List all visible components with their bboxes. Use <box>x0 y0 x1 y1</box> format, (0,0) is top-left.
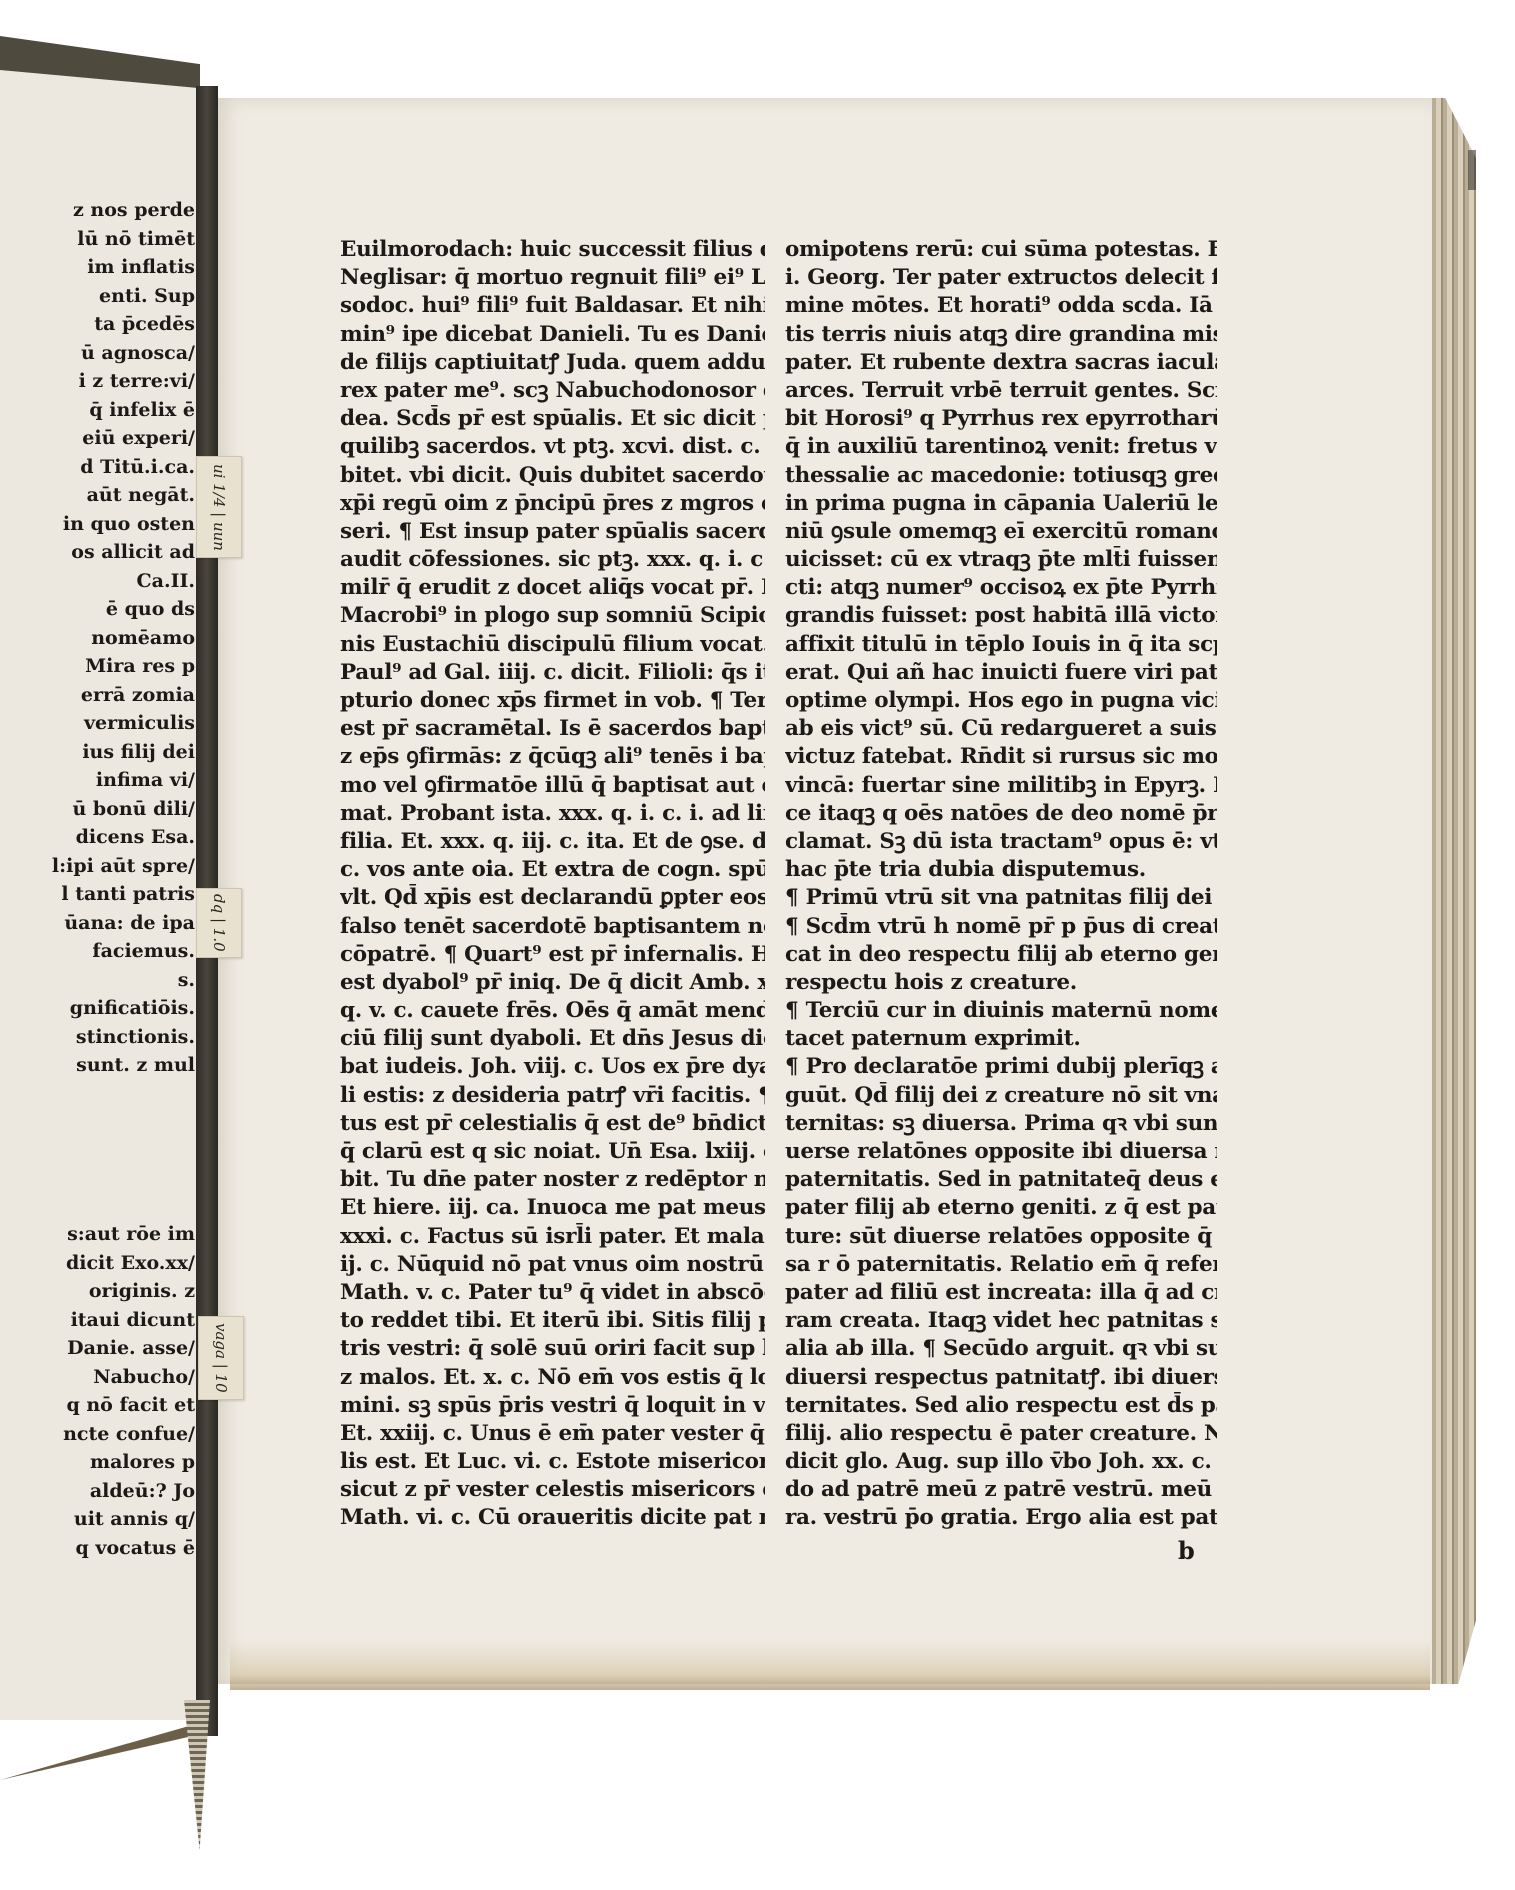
text-line: do ad patrē meū z patrē vestrū. meū natu <box>785 1476 1217 1504</box>
text-line: mo vel ꝯfirmatōe illū q̄ baptisat aut cō… <box>340 772 765 800</box>
text-line: aūt negāt. <box>0 481 195 510</box>
text-line: ū bonū dili/ <box>0 795 195 824</box>
fore-edge-leaves <box>1432 98 1476 1684</box>
text-line: Macrobi⁹ in plogo sup somniū Scipio/ <box>340 602 765 630</box>
text-line: q̄ infelix ē <box>0 396 195 425</box>
text-line: xp̄i regū oim z p̄ncipū p̄res z mgros ce… <box>340 490 765 518</box>
text-line: Nabucho/ <box>0 1363 195 1392</box>
text-line: de filijs captiuitatꝭ Juda. quem adduxit <box>340 349 765 377</box>
text-line: pturio donec xp̄s firmet in vob. ¶ Terti… <box>340 687 765 715</box>
text-line: ¶ Pro declaratōe primi dubij plerīqꝫ ar/ <box>785 1053 1217 1081</box>
text-line: errā zomia <box>0 681 195 710</box>
text-line: sicut z pr̄ vester celestis misericors e… <box>340 1476 765 1504</box>
text-line: lis est. Et Luc. vi. c. Estote misericor… <box>340 1448 765 1476</box>
text-line: cōpatrē. ¶ Quart⁹ est pr̄ infernalis. Hi… <box>340 941 765 969</box>
text-line: ram creata. Itaqꝫ videt hec patnitas sit <box>785 1307 1217 1335</box>
text-line: im inflatis <box>0 253 195 282</box>
text-line: os allicit ad <box>0 538 195 567</box>
text-line: ¶ Primū vtrū sit vna patnitas filij dei … <box>785 884 1217 912</box>
text-line: q nō facit et <box>0 1391 195 1420</box>
text-line: est dyabol⁹ pr̄ iniq. De q̄ dicit Amb. x… <box>340 969 765 997</box>
text-line: malores p <box>0 1448 195 1477</box>
text-line: gnificatiōis. <box>0 994 195 1023</box>
text-line: quilibꝫ sacerdos. vt ptꝫ. xcvi. dist. c.… <box>340 433 765 461</box>
paper-tab-label: vaga | 10 <box>198 1316 244 1400</box>
text-line: pater filij ab eterno geniti. z q̄ est p… <box>785 1194 1217 1222</box>
text-line: Danie. asse/ <box>0 1334 195 1363</box>
text-line: stinctionis. <box>0 1023 195 1052</box>
water-stain <box>230 1640 1430 1690</box>
text-line: erat. Qui añ hac inuicti fuere viri pate… <box>785 659 1217 687</box>
text-line: falso tenēt sacerdotē baptisantem nō fie… <box>340 913 765 941</box>
text-line: li estis: z desideria patrꝭ vr̄i facitis… <box>340 1082 765 1110</box>
text-line: Paul⁹ ad Gal. iiij. c. dicit. Filioli: q… <box>340 659 765 687</box>
text-line: omipotens rerū: cui sūma potestas. Et in <box>785 236 1217 264</box>
text-line: tis terris niuis atqꝫ dire grandina misi… <box>785 321 1217 349</box>
text-line: ciū filij sunt dyaboli. Et dn̄s Jesus di… <box>340 1025 765 1053</box>
text-line: uicisset: cū ex vtraqꝫ p̄te mlt̄i fuisse… <box>785 546 1217 574</box>
text-line: z malos. Et. x. c. Nō em̄ vos estis q̄ l… <box>340 1364 765 1392</box>
text-line: ncte confue/ <box>0 1420 195 1449</box>
text-line: mat. Probant ista. xxx. q. i. c. i. ad l… <box>340 800 765 828</box>
text-line: Mira res p <box>0 652 195 681</box>
text-line: nomēamo <box>0 624 195 653</box>
text-line: infima vi/ <box>0 766 195 795</box>
text-line: pater ad filiū est increata: illa q̄ ad … <box>785 1279 1217 1307</box>
text-line: respectu hois z creature. <box>785 969 1217 997</box>
text-line: mini. sꝫ spūs p̄ris vestri q̄ loquit in … <box>340 1392 765 1420</box>
text-line: vincā: fuertar sine militibꝫ in Epyrꝫ. E… <box>785 772 1217 800</box>
text-line: grandis fuisset: post habitā illā victor… <box>785 602 1217 630</box>
text-line: ius filij dei <box>0 738 195 767</box>
text-line: paternitatis. Sed in patnitateq̄ deus es… <box>785 1166 1217 1194</box>
text-line: niū ꝯsule omemqꝫ eī exercitū romanoꝝ d <box>785 518 1217 546</box>
text-line: ab eis vict⁹ sū. Cū redargueret a suis q… <box>785 715 1217 743</box>
text-line: clamat. Sꝫ dū ista tractam⁹ opus ē: vt i… <box>785 828 1217 856</box>
text-line: Et hiere. iij. ca. Inuoca me pat meus. E… <box>340 1194 765 1222</box>
text-line: in quo osten <box>0 510 195 539</box>
text-line: eiū experi/ <box>0 424 195 453</box>
text-line: ture: sūt diuerse relatōes opposite q̄ d… <box>785 1223 1217 1251</box>
text-line: to reddet tibi. Et iterū ibi. Sitis fili… <box>340 1307 765 1335</box>
text-line: cti: atqꝫ numer⁹ occisoꝝ ex p̄te Pyrrhi … <box>785 574 1217 602</box>
text-line: q̄ clarū est q sic noiat. Un̄ Esa. lxiij… <box>340 1138 765 1166</box>
text-line: hac p̄te tria dubia disputemus. <box>785 856 1217 884</box>
text-line: milr̄ q̄ erudit z docet aliq̄s vocat pr̄… <box>340 574 765 602</box>
text-line: Et. xxiij. c. Unus ē em̄ pater vester q̄… <box>340 1420 765 1448</box>
text-line: sa r ō paternitatis. Relatio em̄ q̄ refe… <box>785 1251 1217 1279</box>
text-line: Math. v. c. Pater tu⁹ q̄ videt in abscōd… <box>340 1279 765 1307</box>
text-line: diuersi respectus patnitatꝭ. ibi diuerse… <box>785 1364 1217 1392</box>
paper-tab-label: dq | 1.0 <box>196 888 242 958</box>
text-line: uerse relatōnes opposite ibi diuersa rat… <box>785 1138 1217 1166</box>
text-line: audit cōfessiones. sic ptꝫ. xxx. q. i. c… <box>340 546 765 574</box>
text-line: ūana: de ipa <box>0 909 195 938</box>
text-line: filia. Et. xxx. q. iij. c. ita. Et de ꝯs… <box>340 828 765 856</box>
text-line: affixit titulū in tēplo Iouis in q̄ ita … <box>785 631 1217 659</box>
text-line: dicit Exo.xx/ <box>0 1249 195 1278</box>
text-line: cat in deo respectu filij ab eterno geni… <box>785 941 1217 969</box>
text-line: ij. c. Nūquid nō pat vnus oim nostrū. Et <box>340 1251 765 1279</box>
left-page-text-bottom: s:aut rōe imdicit Exo.xx/originis. zitau… <box>0 1220 195 1562</box>
text-line: seri. ¶ Est insup pater spūalis sacerdos… <box>340 518 765 546</box>
text-line: enti. Sup <box>0 282 195 311</box>
text-line: Euilmorodach: huic successit filius dict… <box>340 236 765 264</box>
text-line: guūt. Qd̄ filij dei z creature nō sit vn… <box>785 1082 1217 1110</box>
text-line: s. <box>0 966 195 995</box>
text-line: c. vos ante oia. Et extra de cogn. spūal… <box>340 856 765 884</box>
text-line: z nos perde <box>0 196 195 225</box>
text-line: itaui dicunt <box>0 1306 195 1335</box>
text-line: uit annis q/ <box>0 1505 195 1534</box>
text-line: rex pater me⁹. scꝫ Nabuchodonosor de iu <box>340 377 765 405</box>
paper-tab-label: ui 1/4 | uun <box>196 456 242 558</box>
left-page-text-top: z nos perdelū nō timētim inflatisenti. S… <box>0 196 195 1080</box>
text-line: ¶ Scd̄m vtrū h nomē pr̄ p p̄us di creat <box>785 913 1217 941</box>
text-line: ē quo ds <box>0 595 195 624</box>
text-line: dicens Esa. <box>0 823 195 852</box>
text-line: vlt. Qd̄ xp̄is est declarandū ꝑpter eos … <box>340 884 765 912</box>
text-line: z ep̄s ꝯfirmās: z q̄cūqꝫ ali⁹ tenēs i ba… <box>340 743 765 771</box>
fore-edge-mark <box>1468 150 1476 190</box>
text-line: ū agnosca/ <box>0 339 195 368</box>
text-line: bitet. vbi dicit. Quis dubitet sacerdote… <box>340 462 765 490</box>
text-line: faciemus. <box>0 937 195 966</box>
text-line: sunt. z mul <box>0 1051 195 1080</box>
text-line: ¶ Terciū cur in diuinis maternū nomen <box>785 997 1217 1025</box>
signature-mark: b <box>1178 1536 1195 1565</box>
text-line: bit. Tu dn̄e pater noster z redēptor nos… <box>340 1166 765 1194</box>
text-line: bat iudeis. Joh. viij. c. Uos ex p̄re dy… <box>340 1053 765 1081</box>
text-line: bit Horosi⁹ q Pyrrhus rex epyrrotharū <box>785 405 1217 433</box>
text-line: Neglisar: q̄ mortuo regnuit fili⁹ ei⁹ La… <box>340 264 765 292</box>
left-cover-bottom <box>0 1720 210 1780</box>
text-line: ce itaqꝫ q oēs natōes de deo nomē p̄ris … <box>785 800 1217 828</box>
text-line: originis. z <box>0 1277 195 1306</box>
text-line: d Titū.i.ca. <box>0 453 195 482</box>
text-line: ta p̄cedēs <box>0 310 195 339</box>
text-line: dea. Scd̄s pr̄ est spūalis. Et sic dicit… <box>340 405 765 433</box>
text-line: l:ipi aūt spre/ <box>0 852 195 881</box>
text-line: Math. vi. c. Cū oraueritis dicite pat no <box>340 1504 765 1532</box>
text-line: tris vestri: q̄ solē suū oriri facit sup… <box>340 1335 765 1363</box>
text-line: arces. Terruit vrbē terruit gentes. Scri… <box>785 377 1217 405</box>
text-line: q̄ in auxiliū tarentinoꝝ venit: fretus v… <box>785 433 1217 461</box>
text-line: ternitates. Sed alio respectu est d̄s pa… <box>785 1392 1217 1420</box>
text-line: mine mōtes. Et horati⁹ odda scda. Iā sa/ <box>785 292 1217 320</box>
text-line: i. Georg. Ter pater extructos delecit fu… <box>785 264 1217 292</box>
text-line: q. v. c. cauete frēs. Oēs q̄ amāt menda/ <box>340 997 765 1025</box>
frayed-binding-thread <box>184 1700 210 1850</box>
text-line: filij. alio respectu ē pater creature. N… <box>785 1420 1217 1448</box>
text-line: lū nō timēt <box>0 225 195 254</box>
text-line: vermiculis <box>0 709 195 738</box>
text-line: Ca.II. <box>0 567 195 596</box>
text-line: ternitas: sꝫ diuersa. Prima qꝛ vbi sunt … <box>785 1110 1217 1138</box>
text-line: s:aut rōe im <box>0 1220 195 1249</box>
text-line: q vocatus ē <box>0 1534 195 1563</box>
text-line: optime olympi. Hos ego in pugna vici: z <box>785 687 1217 715</box>
text-line: aldeū:? Jo <box>0 1477 195 1506</box>
text-column-right: omipotens rerū: cui sūma potestas. Et in… <box>785 236 1217 1533</box>
text-line: ra. vestrū p̄o gratia. Ergo alia est pat… <box>785 1504 1217 1532</box>
text-line: pater. Et rubente dextra sacras iaculatu… <box>785 349 1217 377</box>
text-line: in prima pugna in cāpania Ualeriū leui <box>785 490 1217 518</box>
text-line: sodoc. hui⁹ fili⁹ fuit Baldasar. Et nihi… <box>340 292 765 320</box>
text-line: victuz fatebat. Rn̄dit si rursus sic mod… <box>785 743 1217 771</box>
text-line: tacet paternum exprimit. <box>785 1025 1217 1053</box>
text-line: est pr̄ sacramētal. Is ē sacerdos baptis… <box>340 715 765 743</box>
text-line: dicit glo. Aug. sup illo v̄bo Joh. xx. c… <box>785 1448 1217 1476</box>
text-line: l tanti patris <box>0 880 195 909</box>
text-column-left: Euilmorodach: huic successit filius dict… <box>340 236 765 1533</box>
text-line: alia ab illa. ¶ Secūdo arguit. qꝛ vbi su… <box>785 1335 1217 1363</box>
text-line: min⁹ ipe dicebat Danieli. Tu es Daniel <box>340 321 765 349</box>
text-line: nis Eustachiū discipulū filium vocat. Et <box>340 631 765 659</box>
text-line: tus est pr̄ celestialis q̄ est de⁹ bn̄di… <box>340 1110 765 1138</box>
text-line: i z terre:vi/ <box>0 367 195 396</box>
text-line: xxxi. c. Factus sū isrl̄i pater. Et mala… <box>340 1223 765 1251</box>
text-line: thessalie ac macedonie: totiusqꝫ grece: … <box>785 462 1217 490</box>
